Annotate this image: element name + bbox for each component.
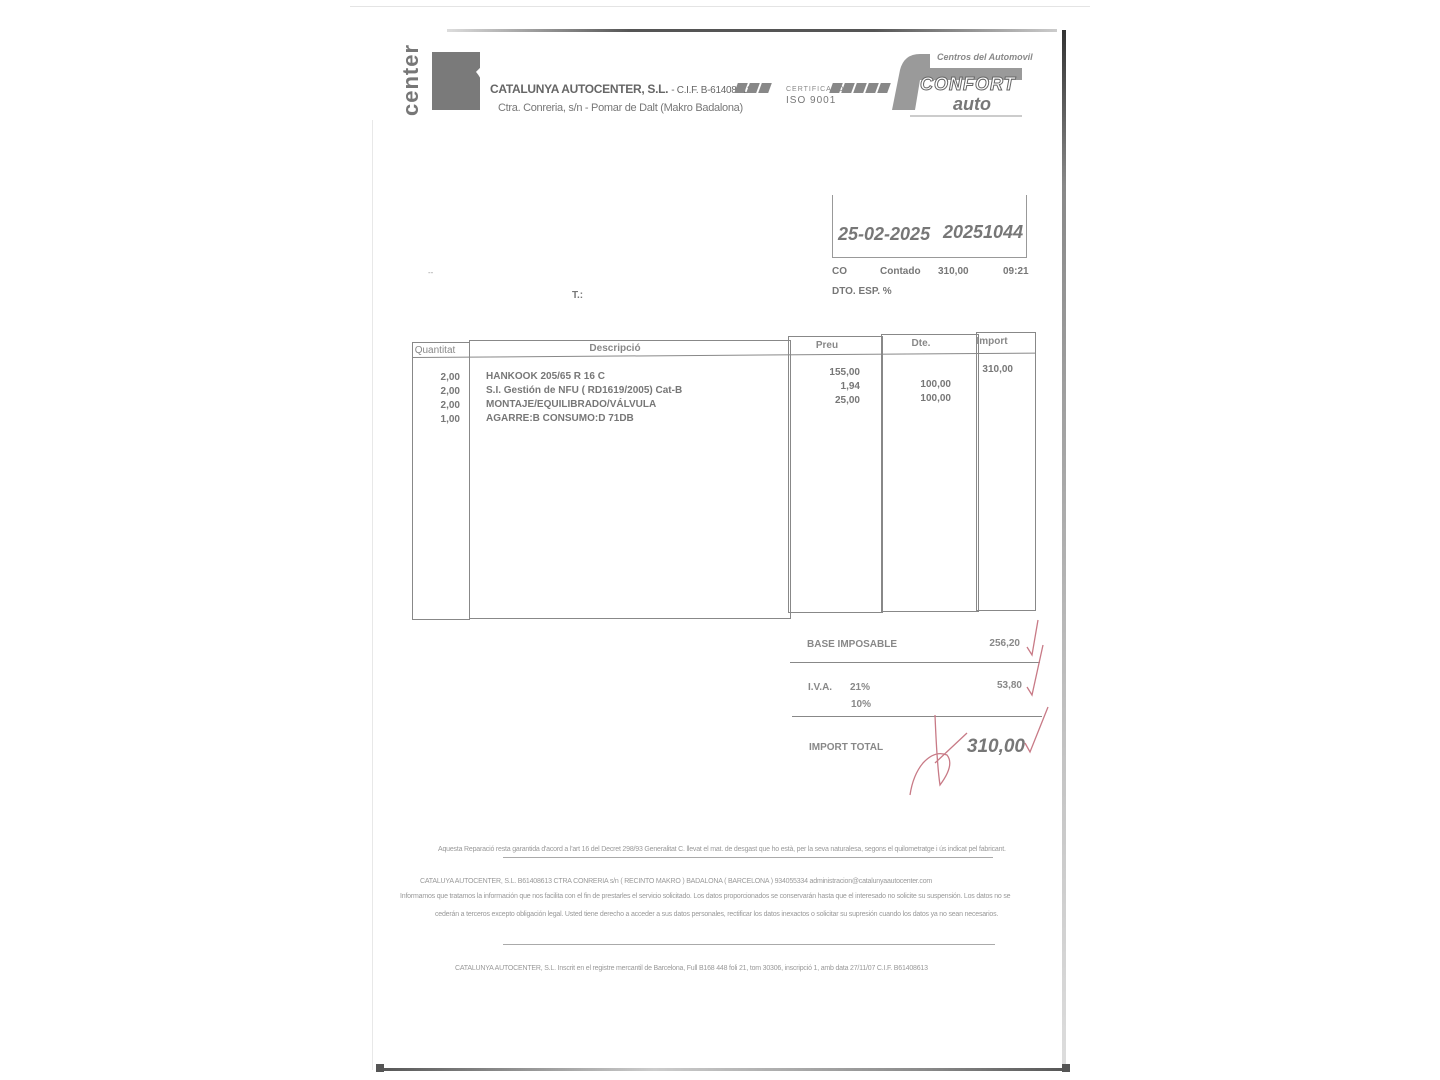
page-edge-bottom [378, 1068, 1068, 1071]
col-discount [881, 334, 979, 612]
header-discount: Dte. [881, 338, 961, 349]
total-label: IMPORT TOTAL [809, 742, 883, 753]
iva-rate-21: 21% [850, 682, 870, 693]
row-description: HANKOOK 205/65 R 16 C [486, 371, 605, 382]
row-discount: 100,00 [890, 379, 951, 390]
iva-label: I.V.A. [808, 682, 832, 693]
partner-name: CONFORT [920, 74, 1016, 95]
row-description: MONTAJE/EQUILIBRADO/VÁLVULA [486, 399, 656, 410]
partner-tagline: Centros del Automovil [937, 52, 1033, 62]
invoice-number: 20251044 [943, 222, 1023, 243]
warranty-text: Aquesta Reparació resta garantida d'acor… [438, 846, 1006, 853]
row-description: S.I. Gestión de NFU ( RD1619/2005) Cat-B [486, 385, 682, 396]
payment-method: Contado [880, 266, 921, 277]
row-description: AGARRE:B CONSUMO:D 71DB [486, 413, 634, 424]
phone-label: T.: [572, 290, 583, 301]
row-price: 155,00 [800, 367, 860, 378]
row-discount: 100,00 [890, 393, 951, 404]
invoice-date: 25-02-2025 [838, 224, 930, 245]
row-price: 25,00 [800, 395, 860, 406]
company-address: Ctra. Conreria, s/n - Pomar de Dalt (Mak… [498, 102, 743, 114]
page-edge-right [1062, 30, 1066, 1070]
page-corner-right [1062, 1064, 1070, 1072]
header-amount: Import [976, 336, 1008, 347]
page-edge-top [447, 29, 1057, 32]
discount-label: DTO. ESP. % [832, 286, 892, 297]
company-name: CATALUNYA AUTOCENTER, S.L. - C.I.F. B-61… [490, 82, 752, 96]
footer-divider-2 [503, 944, 995, 945]
company-logo-mark [432, 52, 480, 110]
header-quantity: Quantitat [412, 345, 458, 356]
iso-label: ISO 9001 [786, 95, 836, 106]
privacy-text-2: cederán a terceros excepto obligación le… [435, 911, 998, 918]
row-price: 1,94 [800, 381, 860, 392]
header-price: Preu [788, 340, 866, 351]
row-amount: 310,00 [975, 364, 1013, 375]
registry-text: CATALUNYA AUTOCENTER, S.L. Inscrit en el… [455, 965, 928, 972]
col-quantity [412, 342, 470, 620]
company-logo-text: center [398, 48, 428, 118]
page-edge-left [372, 120, 373, 1070]
partner-sub: auto [953, 94, 991, 115]
privacy-text-1: Informamos que tratamos la información q… [400, 893, 1010, 900]
row-quantity: 2,00 [418, 400, 460, 411]
iva-rate-10: 10% [851, 699, 871, 710]
header-description: Descripció [470, 343, 760, 354]
footer-divider-1 [503, 857, 993, 858]
scan-edge-top [350, 6, 1090, 7]
handwritten-checkmarks-and-signature [895, 615, 1055, 800]
row-quantity: 1,00 [418, 414, 460, 425]
invoice-time: 09:21 [1003, 266, 1029, 277]
payment-amount: 310,00 [938, 266, 969, 277]
contact-text: CATALUYA AUTOCENTER, S.L. B61408613 CTRA… [420, 878, 932, 885]
certification-label: CERTIFICADO [786, 86, 844, 93]
payment-code: CO [832, 266, 847, 277]
base-label: BASE IMPOSABLE [807, 639, 897, 650]
row-quantity: 2,00 [418, 372, 460, 383]
dash-mark: -- [428, 268, 433, 277]
page-corner-left [376, 1064, 384, 1072]
row-quantity: 2,00 [418, 386, 460, 397]
